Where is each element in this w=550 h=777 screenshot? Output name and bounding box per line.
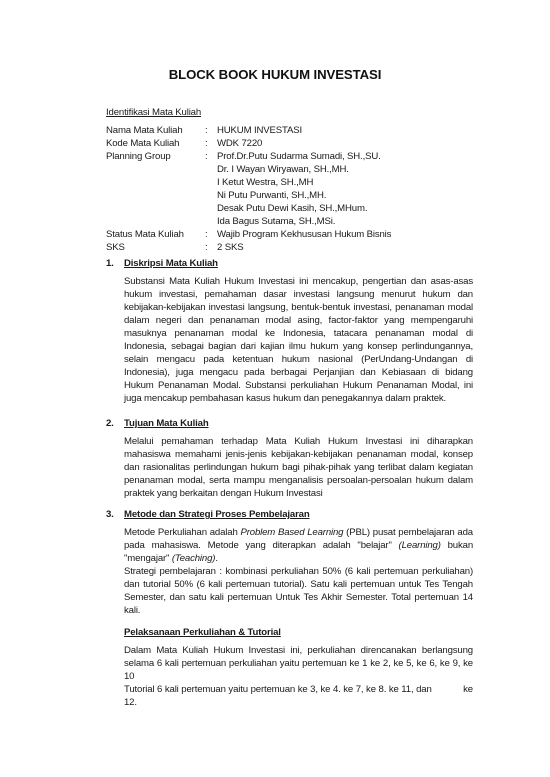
identification-value: Desak Putu Dewi Kasih, SH.,MHum.	[217, 202, 367, 215]
section-body: Metode Perkuliahan adalah Problem Based …	[124, 526, 473, 617]
identification-label: Kode Mata Kuliah	[106, 137, 205, 150]
identification-colon	[205, 176, 217, 189]
identification-label	[106, 202, 205, 215]
section-number: 2.	[106, 417, 124, 430]
identification-value: Prof.Dr.Putu Sudarma Sumadi, SH.,SU.	[217, 150, 381, 163]
identification-label	[106, 215, 205, 228]
section-title: Diskripsi Mata Kuliah	[124, 257, 218, 270]
objectives-paragraph: Melalui pemahaman terhadap Mata Kuliah H…	[124, 435, 473, 500]
identification-colon: :	[205, 150, 217, 163]
identification-label: Planning Group	[106, 150, 205, 163]
description-paragraph: Substansi Mata Kuliah Hukum Investasi in…	[124, 275, 473, 405]
tutorial-line: Tutorial 6 kali pertemuan yaitu pertemua…	[124, 683, 473, 696]
identification-heading: Identifikasi Mata Kuliah	[106, 106, 201, 119]
identification-colon: :	[205, 137, 217, 150]
section-title: Tujuan Mata Kuliah	[124, 417, 209, 430]
section-heading: 1. Diskripsi Mata Kuliah	[106, 257, 474, 270]
identification-value: Dr. I Wayan Wiryawan, SH.,MH.	[217, 163, 349, 176]
identification-value: WDK 7220	[217, 137, 262, 150]
identification-row: Desak Putu Dewi Kasih, SH.,MHum.	[106, 202, 476, 215]
identification-value: Ida Bagus Sutama, SH.,MSi.	[217, 215, 335, 228]
lecture-paragraph: Dalam Mata Kuliah Hukum Investasi ini, p…	[124, 644, 473, 683]
method-paragraph: Metode Perkuliahan adalah Problem Based …	[124, 526, 473, 565]
implementation-heading: Pelaksanaan Perkuliahan & Tutorial	[124, 626, 281, 639]
identification-value: Ni Putu Purwanti, SH.,MH.	[217, 189, 326, 202]
identification-colon: :	[205, 241, 217, 254]
identification-label	[106, 176, 205, 189]
section-method: 3. Metode dan Strategi Proses Pembelajar…	[106, 508, 474, 617]
section-number: 1.	[106, 257, 124, 270]
section-description: 1. Diskripsi Mata Kuliah Substansi Mata …	[106, 257, 474, 405]
identification-value: Wajib Program Kekhususan Hukum Bisnis	[217, 228, 391, 241]
identification-row: Kode Mata Kuliah:WDK 7220	[106, 137, 476, 150]
identification-colon: :	[205, 228, 217, 241]
identification-row: Planning Group:Prof.Dr.Putu Sudarma Suma…	[106, 150, 476, 163]
identification-row: Dr. I Wayan Wiryawan, SH.,MH.	[106, 163, 476, 176]
identification-colon	[205, 189, 217, 202]
identification-colon: :	[205, 124, 217, 137]
tutorial-tail: 12.	[124, 696, 473, 709]
identification-row: Status Mata Kuliah:Wajib Program Kekhusu…	[106, 228, 476, 241]
identification-label	[106, 189, 205, 202]
identification-value: 2 SKS	[217, 241, 243, 254]
identification-colon	[205, 202, 217, 215]
strategy-paragraph: Strategi pembelajaran : kombinasi perkul…	[124, 565, 473, 617]
identification-row: SKS:2 SKS	[106, 241, 476, 254]
section-heading: 3. Metode dan Strategi Proses Pembelajar…	[106, 508, 474, 521]
identification-label: Nama Mata Kuliah	[106, 124, 205, 137]
section-objectives: 2. Tujuan Mata Kuliah Melalui pemahaman …	[106, 417, 474, 500]
identification-colon	[205, 163, 217, 176]
identification-value: I Ketut Westra, SH.,MH	[217, 176, 313, 189]
section-title: Metode dan Strategi Proses Pembelajaran	[124, 508, 310, 521]
document-page: BLOCK BOOK HUKUM INVESTASI Identifikasi …	[0, 0, 550, 777]
identification-label	[106, 163, 205, 176]
section-body: Substansi Mata Kuliah Hukum Investasi in…	[124, 275, 473, 405]
identification-table: Nama Mata Kuliah:HUKUM INVESTASIKode Mat…	[106, 124, 476, 254]
identification-row: Ni Putu Purwanti, SH.,MH.	[106, 189, 476, 202]
identification-label: Status Mata Kuliah	[106, 228, 205, 241]
section-body: Melalui pemahaman terhadap Mata Kuliah H…	[124, 435, 473, 500]
identification-row: Ida Bagus Sutama, SH.,MSi.	[106, 215, 476, 228]
section-number: 3.	[106, 508, 124, 521]
section-heading: 2. Tujuan Mata Kuliah	[106, 417, 474, 430]
document-title: BLOCK BOOK HUKUM INVESTASI	[0, 67, 550, 82]
implementation-body: Dalam Mata Kuliah Hukum Investasi ini, p…	[124, 644, 473, 709]
identification-colon	[205, 215, 217, 228]
identification-label: SKS	[106, 241, 205, 254]
identification-row: I Ketut Westra, SH.,MH	[106, 176, 476, 189]
identification-row: Nama Mata Kuliah:HUKUM INVESTASI	[106, 124, 476, 137]
identification-value: HUKUM INVESTASI	[217, 124, 302, 137]
